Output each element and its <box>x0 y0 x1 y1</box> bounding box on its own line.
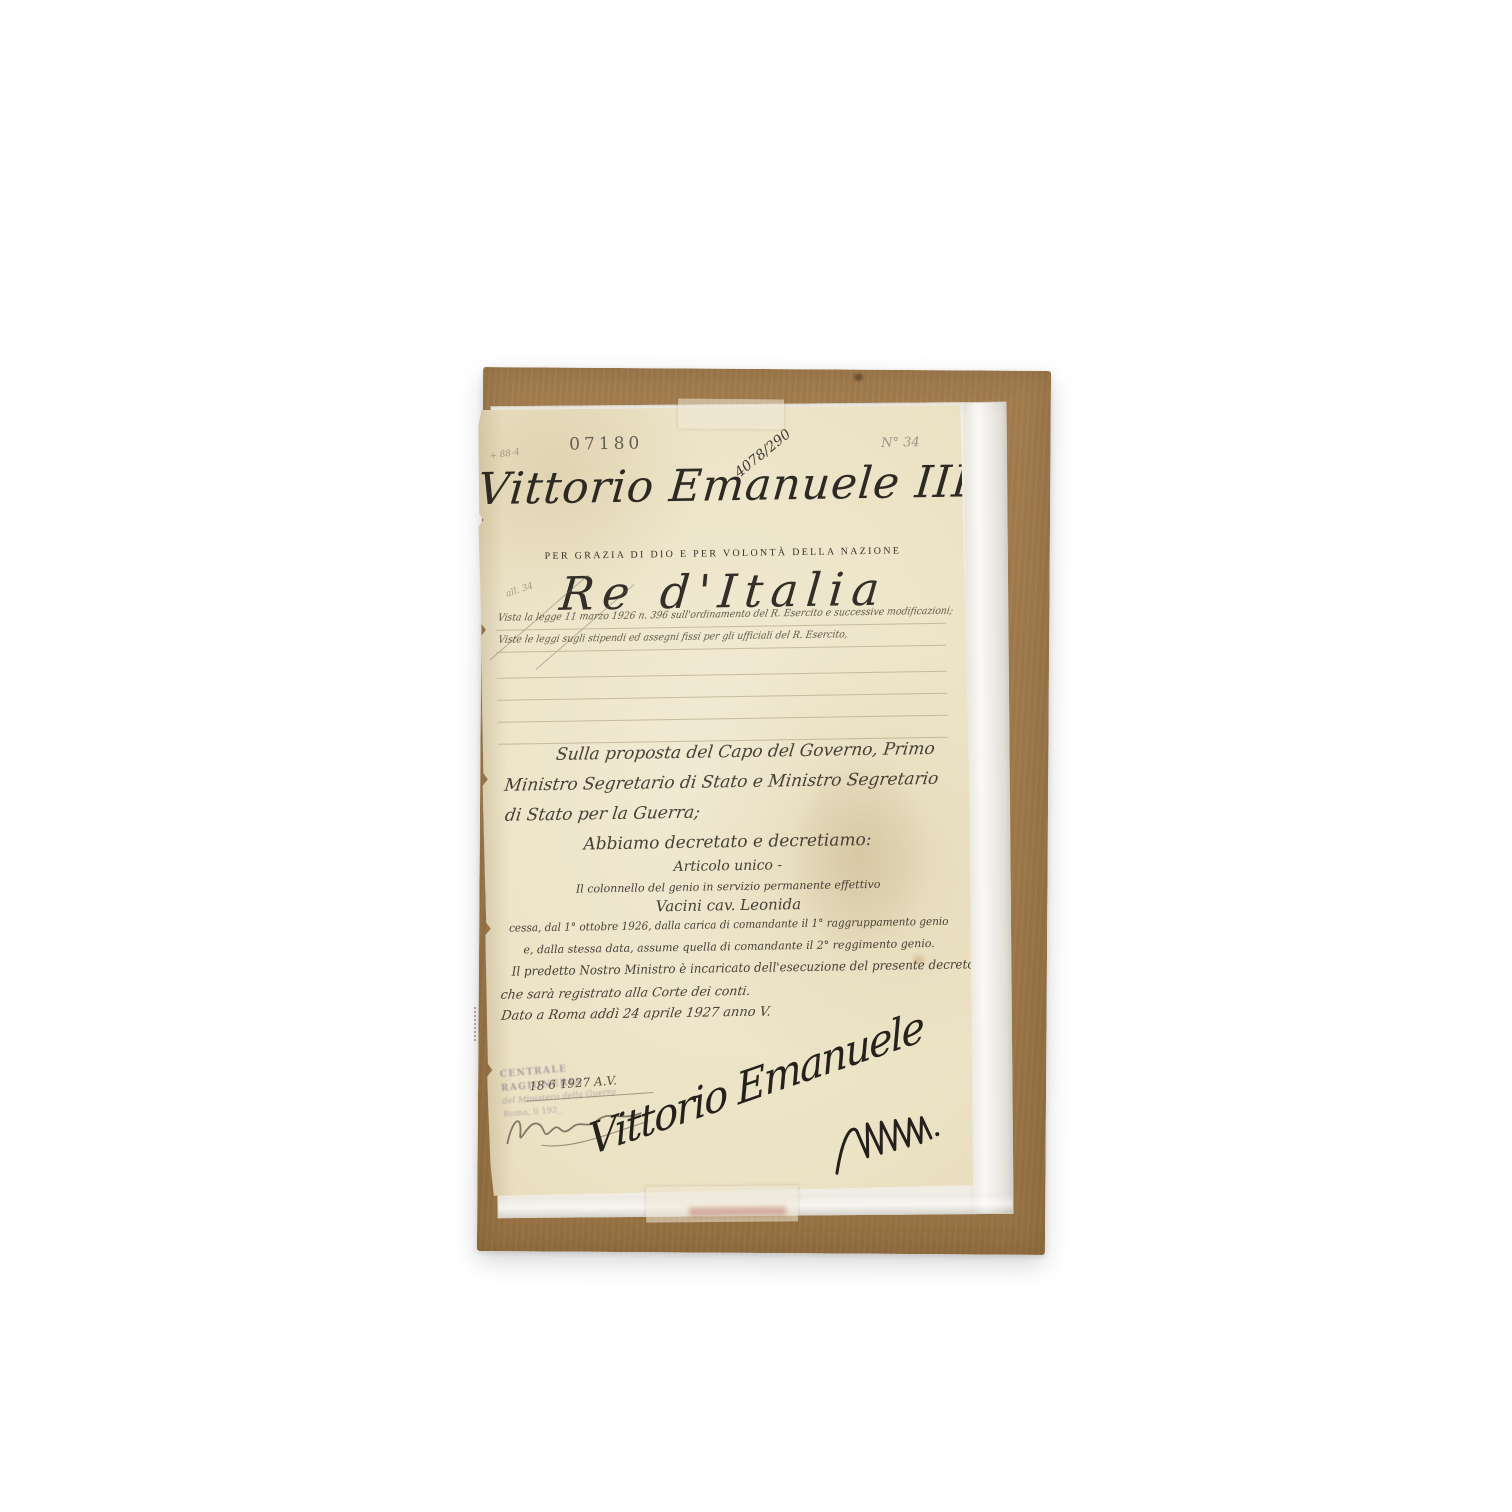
mussolini-signature-scrawl <box>820 1094 950 1184</box>
ruled-line <box>498 715 948 723</box>
premise-line: Viste le leggi sugli stipendi ed assegni… <box>497 629 848 646</box>
printer-imprint <box>474 1007 476 1041</box>
photo-of-royal-decree: + 88-4 07180 4078/290 N° 34 Vittorio Ema… <box>0 0 1512 1512</box>
decree-paper: + 88-4 07180 4078/290 N° 34 Vittorio Ema… <box>477 402 977 1196</box>
ruled-line <box>497 693 947 701</box>
tape-red-smudge <box>689 1206 786 1216</box>
ruled-line <box>496 623 946 631</box>
mussolini-signature: Mussolini <box>820 1094 951 1188</box>
serial-number-stamp: 07180 <box>569 433 643 454</box>
tape-strip-top <box>678 399 784 430</box>
sovereign-title: Vittorio Emanuele III <box>476 456 968 515</box>
tape-strip-bottom <box>646 1185 798 1222</box>
ruled-line <box>497 671 947 679</box>
cardboard-blemish <box>854 374 863 381</box>
folio-number: N° 34 <box>881 435 920 451</box>
ruled-line <box>496 645 946 653</box>
motto-line: PER GRAZIA DI DIO E PER VOLONTÀ DELLA NA… <box>479 544 967 563</box>
